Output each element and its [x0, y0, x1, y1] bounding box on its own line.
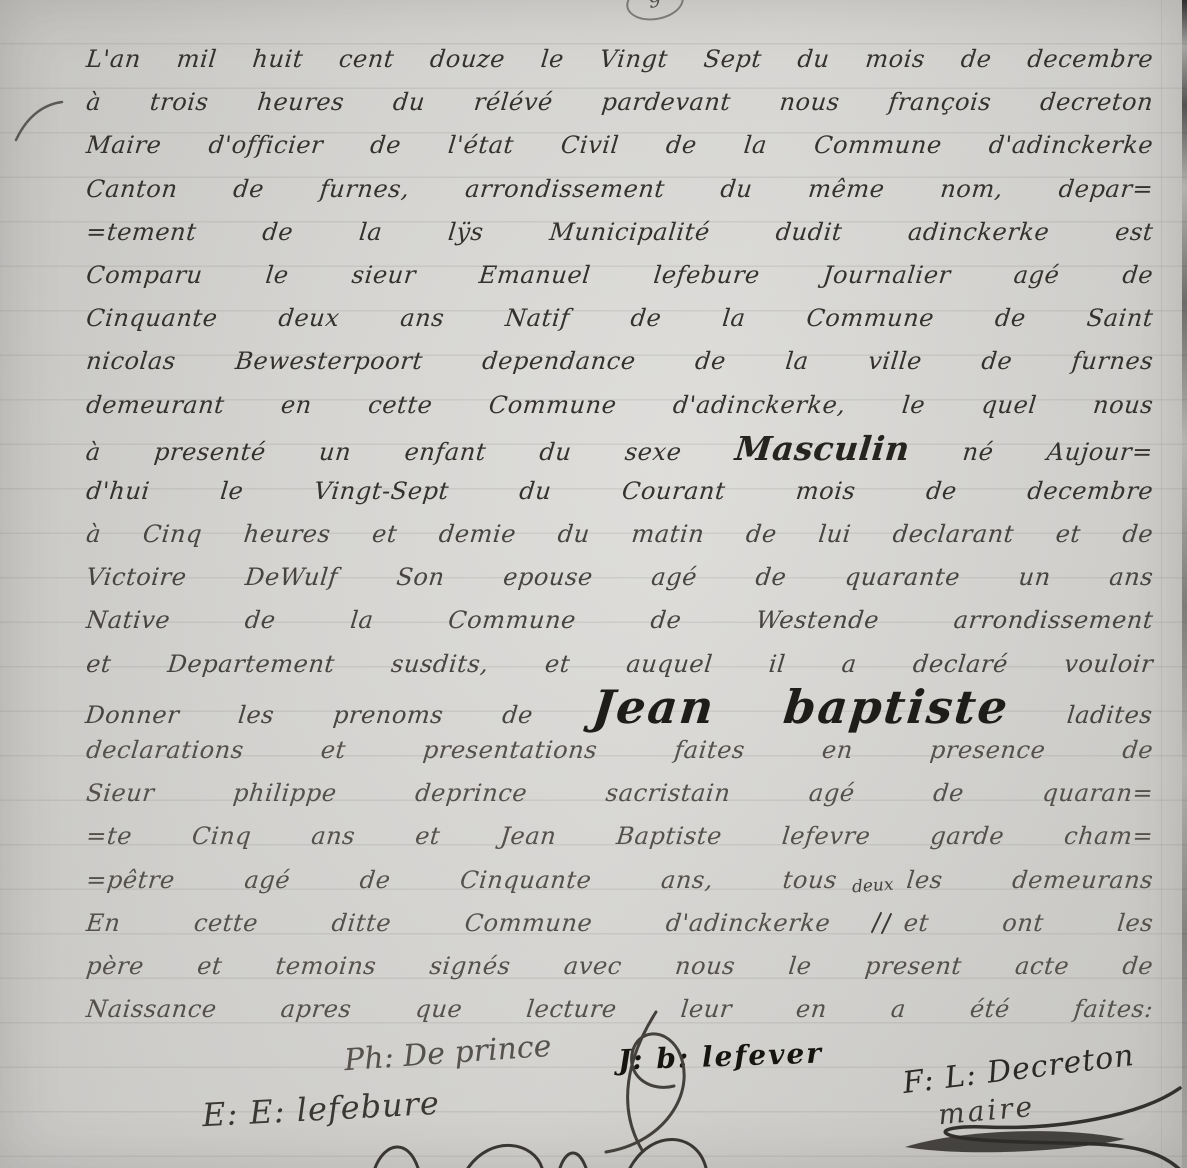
line-text: L'an mil huit cent douze le Vingt Sept d…: [85, 45, 1155, 73]
line-text: Jean baptiste: [590, 680, 1012, 734]
line-text: et Departement susdits, et auquel il a d…: [85, 650, 1155, 678]
page-number-text: 9: [647, 0, 663, 13]
document-line: Sieur philippe deprince sacristain agé d…: [84, 772, 1156, 815]
document-line: En cette ditte Commune d'adinckerke et o…: [84, 902, 1156, 945]
line-text: à Cinq heures et demie du matin de lui d…: [85, 520, 1155, 548]
interlinear-insertion-deux: deux: [851, 875, 894, 898]
document-line: L'an mil huit cent douze le Vingt Sept d…: [84, 38, 1156, 81]
document-line: Donner les prenoms de Jean baptiste ladi…: [84, 686, 1156, 729]
document-line: Maire d'officier de l'état Civil de la C…: [84, 124, 1156, 167]
left-margin-check-mark: [16, 102, 62, 140]
line-text: né Aujour=: [908, 438, 1154, 466]
page-number-mark: 9: [623, 0, 686, 25]
document-line: à presenté un enfant du sexe Masculin né…: [84, 427, 1156, 470]
document-line: Victoire DeWulf Son epouse agé de quaran…: [84, 556, 1156, 599]
document-line: Native de la Commune de Westende arrondi…: [84, 599, 1156, 642]
line-text: =pêtre agé de Cinquante ans, tous les de…: [85, 866, 1155, 894]
document-text: L'an mil huit cent douze le Vingt Sept d…: [84, 38, 1151, 1031]
line-text: Naissance apres que lecture leur en a ét…: [85, 995, 1155, 1023]
line-text: Canton de furnes, arrondissement du même…: [85, 175, 1155, 203]
page-edge-shadow: [1182, 0, 1187, 1168]
lefebure-paraph-flourish: [606, 1012, 684, 1152]
faint-margin-line: [1161, 0, 1162, 1168]
line-text: ladites: [1007, 701, 1154, 729]
line-text: Masculin: [733, 429, 912, 468]
document-line: Cinquante deux ans Natif de la Commune d…: [84, 297, 1156, 340]
document-line: Canton de furnes, arrondissement du même…: [84, 168, 1156, 211]
line-text: Maire d'officier de l'état Civil de la C…: [85, 131, 1155, 159]
document-line: à trois heures du rélévé pardevant nous …: [84, 81, 1156, 124]
line-text: père et temoins signés avec nous le pres…: [85, 952, 1155, 980]
document-line: d'hui le Vingt-Sept du Courant mois de d…: [84, 470, 1156, 513]
signature-lefebure: E: E: lefebure: [201, 1084, 441, 1134]
document-line: =tement de la lÿs Municipalité dudit adi…: [84, 211, 1156, 254]
maire-flourish-swash: [905, 1131, 1125, 1152]
document-line: à Cinq heures et demie du matin de lui d…: [84, 513, 1156, 556]
line-text: Comparu le sieur Emanuel lefebure Journa…: [85, 261, 1155, 289]
signature-lefever: J: b: lefever: [617, 1036, 823, 1076]
signature-decreton-title: maire: [937, 1090, 1037, 1131]
document-page: 9 L'an mil huit cent douze le Vingt Sept…: [0, 0, 1187, 1168]
line-text: Native de la Commune de Westende arrondi…: [85, 606, 1155, 634]
line-text: declarations et presentations faites en …: [85, 736, 1155, 764]
line-text: à trois heures du rélévé pardevant nous …: [85, 88, 1155, 116]
document-line: Naissance apres que lecture leur en a ét…: [84, 988, 1156, 1031]
line-text: d'hui le Vingt-Sept du Courant mois de d…: [85, 477, 1155, 505]
line-text: à presenté un enfant du sexe: [84, 438, 736, 466]
line-text: Donner les prenoms de: [84, 701, 593, 729]
document-line: nicolas Bewesterpoort dependance de la v…: [84, 340, 1156, 383]
signature-deprince: Ph: De prince: [343, 1029, 552, 1078]
document-line: père et temoins signés avec nous le pres…: [84, 945, 1156, 988]
bottom-partial-signature: [375, 1139, 706, 1168]
line-text: =tement de la lÿs Municipalité dudit adi…: [85, 218, 1155, 246]
line-text: Cinquante deux ans Natif de la Commune d…: [85, 304, 1155, 332]
document-line: Comparu le sieur Emanuel lefebure Journa…: [84, 254, 1156, 297]
line-text: nicolas Bewesterpoort dependance de la v…: [85, 347, 1155, 375]
document-line: =te Cinq ans et Jean Baptiste lefevre ga…: [84, 815, 1156, 858]
line-text: Victoire DeWulf Son epouse agé de quaran…: [85, 563, 1155, 591]
line-text: =te Cinq ans et Jean Baptiste lefevre ga…: [85, 822, 1155, 850]
document-line: declarations et presentations faites en …: [84, 729, 1156, 772]
line-text: Sieur philippe deprince sacristain agé d…: [85, 779, 1155, 807]
document-line: =pêtre agé de Cinquante ans, tous les de…: [84, 859, 1156, 902]
line-text: demeurant en cette Commune d'adinckerke,…: [85, 391, 1155, 419]
document-line: demeurant en cette Commune d'adinckerke,…: [84, 384, 1156, 427]
line-text: En cette ditte Commune d'adinckerke et o…: [85, 909, 1155, 937]
